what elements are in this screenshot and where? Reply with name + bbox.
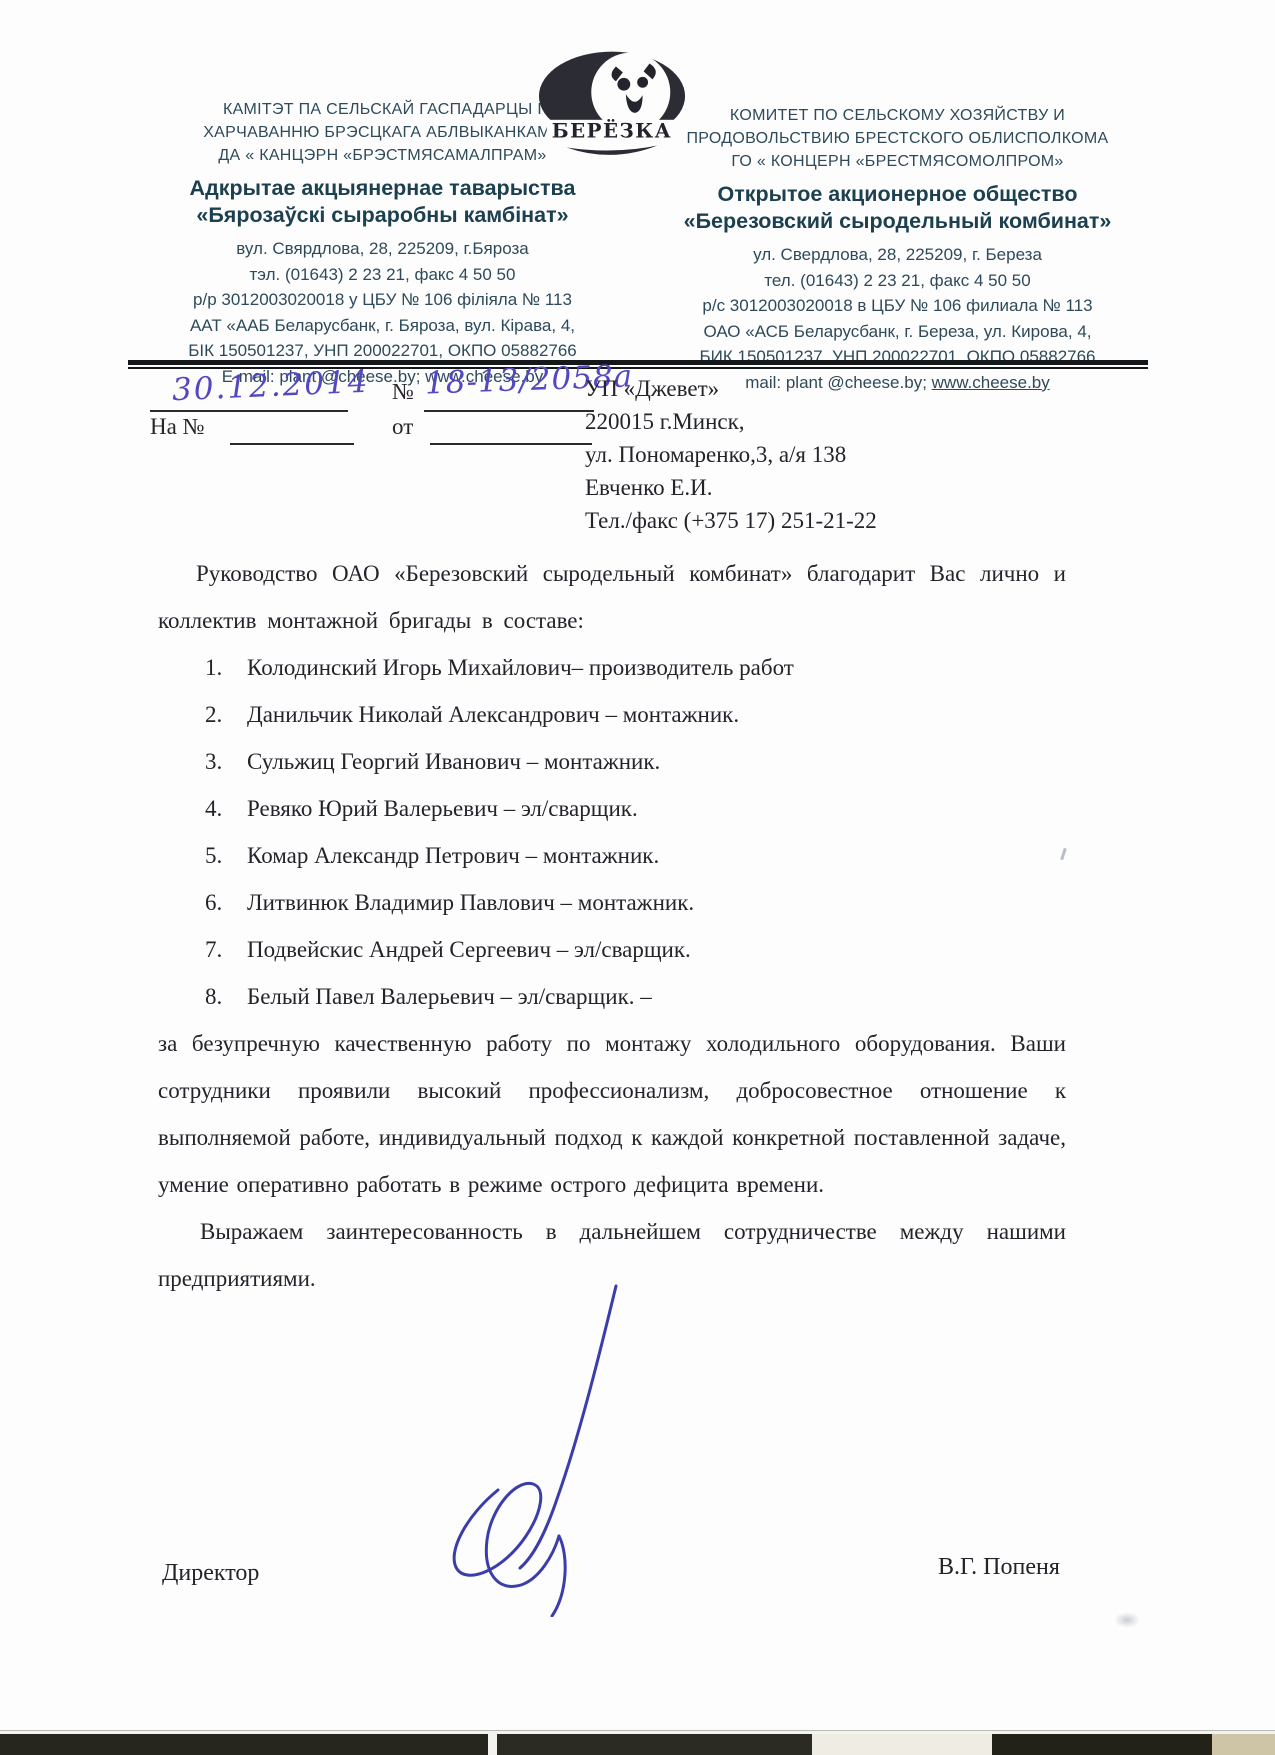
list-item: 4.Ревяко Юрий Валерьевич – эл/сварщик. <box>158 785 1066 832</box>
org-name-line: Адкрытае акцыянернае таварыства <box>130 175 635 202</box>
scanned-letter-page: КАМІТЭТ ПА СЕЛЬСКАЙ ГАСПАДАРЦЫ І ХАРЧАВА… <box>0 0 1275 1755</box>
handwritten-date: 30.12.2014 <box>171 364 370 409</box>
list-item-text: Литвинюк Владимир Павлович – монтажник. <box>247 879 694 926</box>
list-item: 5.Комар Александр Петрович – монтажник. <box>158 832 1066 879</box>
scanner-band-segment <box>497 1734 812 1755</box>
committee-block: КОМИТЕТ ПО СЕЛЬСКОМУ ХОЗЯЙСТВУ И ПРОДОВО… <box>645 104 1150 173</box>
bank-line: ААТ «ААБ Беларусбанк, г. Бяроза, вул. Кі… <box>130 313 635 339</box>
scanner-band-segment <box>812 1734 992 1755</box>
number-blank-line <box>424 410 594 412</box>
gratitude-paragraph: за безупречную качественную работу по мо… <box>158 1020 1066 1208</box>
recipient-company: УП «Джевет» <box>585 372 1065 405</box>
signer-title: Директор <box>162 1560 259 1587</box>
list-item-number: 3. <box>205 738 247 785</box>
list-item: 7.Подвейскис Андрей Сергеевич – эл/сварщ… <box>158 926 1066 973</box>
recipient-block: УП «Джевет» 220015 г.Минск, ул. Пономаре… <box>585 372 1065 537</box>
reply-to-label: На № <box>150 414 205 440</box>
list-item: 6.Литвинюк Владимир Павлович – монтажник… <box>158 879 1066 926</box>
phone-line: тел. (01643) 2 23 21, факс 4 50 50 <box>645 268 1150 294</box>
list-item-number: 7. <box>205 926 247 973</box>
committee-line: ГО « КОНЦЕРН «БРЕСТМЯСОМОЛПРОМ» <box>645 150 1150 173</box>
org-name: Адкрытае акцыянернае таварыства «Бярозаў… <box>130 175 635 229</box>
brigade-list: 1.Колодинский Игорь Михайлович– производ… <box>158 644 1066 1020</box>
recipient-phone: Тел./факс (+375 17) 251-21-22 <box>585 504 1065 537</box>
scanner-band-segment <box>0 1734 488 1755</box>
account-line: р/с 3012003020018 в ЦБУ № 106 филиала № … <box>645 293 1150 319</box>
committee-line: ПРОДОВОЛЬСТВИЮ БРЕСТСКОГО ОБЛИСПОЛКОМА <box>645 127 1150 150</box>
reply-date-blank-line <box>430 443 592 445</box>
list-item-text: Подвейскис Андрей Сергеевич – эл/сварщик… <box>247 926 691 973</box>
committee-line: КОМИТЕТ ПО СЕЛЬСКОМУ ХОЗЯЙСТВУ И <box>645 104 1150 127</box>
org-name-line: «Березовский сыродельный комбинат» <box>645 208 1150 235</box>
recipient-postcode-city: 220015 г.Минск, <box>585 405 1065 438</box>
list-item: 3.Сульжиц Георгий Иванович – монтажник. <box>158 738 1066 785</box>
list-item-text: Комар Александр Петрович – монтажник. <box>247 832 659 879</box>
address-line: вул. Свярдлова, 28, 225209, г.Бяроза <box>130 236 635 262</box>
list-item-number: 5. <box>205 832 247 879</box>
address-line: ул. Свердлова, 28, 225209, г. Береза <box>645 242 1150 268</box>
letter-body: Руководство ОАО «Березовский сыродельный… <box>158 550 1066 1302</box>
account-line: р/р 3012003020018 у ЦБУ № 106 філіяла № … <box>130 287 635 313</box>
list-item-text: Сульжиц Георгий Иванович – монтажник. <box>247 738 660 785</box>
date-blank-line <box>150 410 348 412</box>
scanner-band-segment <box>1212 1734 1275 1755</box>
list-item-text: Белый Павел Валерьевич – эл/сварщик. – <box>247 973 652 1020</box>
recipient-person: Евченко Е.И. <box>585 471 1065 504</box>
org-name: Открытое акционерное общество «Березовск… <box>645 181 1150 235</box>
number-sign-label: № <box>392 379 414 405</box>
recipient-street: ул. Пономаренко,3, а/я 138 <box>585 438 1065 471</box>
list-item-text: Данильчик Николай Александрович – монтаж… <box>247 691 739 738</box>
reply-number-blank-line <box>230 443 354 445</box>
list-item: 1.Колодинский Игорь Михайлович– производ… <box>158 644 1066 691</box>
org-name-line: Открытое акционерное общество <box>645 181 1150 208</box>
scanner-edge-band <box>0 1730 1275 1755</box>
org-name-line: «Бярозаўскі сыраробны камбінат» <box>130 202 635 229</box>
list-item: 2.Данильчик Николай Александрович – монт… <box>158 691 1066 738</box>
bank-line: ОАО «АСБ Беларусбанк, г. Береза, ул. Кир… <box>645 319 1150 345</box>
director-signature-icon <box>438 1282 668 1617</box>
intro-paragraph: Руководство ОАО «Березовский сыродельный… <box>158 550 1066 644</box>
list-item-number: 6. <box>205 879 247 926</box>
letterhead-russian: КОМИТЕТ ПО СЕЛЬСКОМУ ХОЗЯЙСТВУ И ПРОДОВО… <box>645 104 1150 395</box>
list-item-number: 2. <box>205 691 247 738</box>
list-item-number: 4. <box>205 785 247 832</box>
phone-line: тэл. (01643) 2 23 21, факс 4 50 50 <box>130 262 635 288</box>
list-item-number: 1. <box>205 644 247 691</box>
signer-name: В.Г. Попеня <box>938 1554 1060 1581</box>
list-item-number: 8. <box>205 973 247 1020</box>
smudge-mark <box>1114 1612 1140 1628</box>
list-item: 8.Белый Павел Валерьевич – эл/сварщик. – <box>158 973 1066 1020</box>
list-item-text: Колодинский Игорь Михайлович– производит… <box>247 644 794 691</box>
from-label: от <box>392 414 413 440</box>
list-item-text: Ревяко Юрий Валерьевич – эл/сварщик. <box>247 785 638 832</box>
